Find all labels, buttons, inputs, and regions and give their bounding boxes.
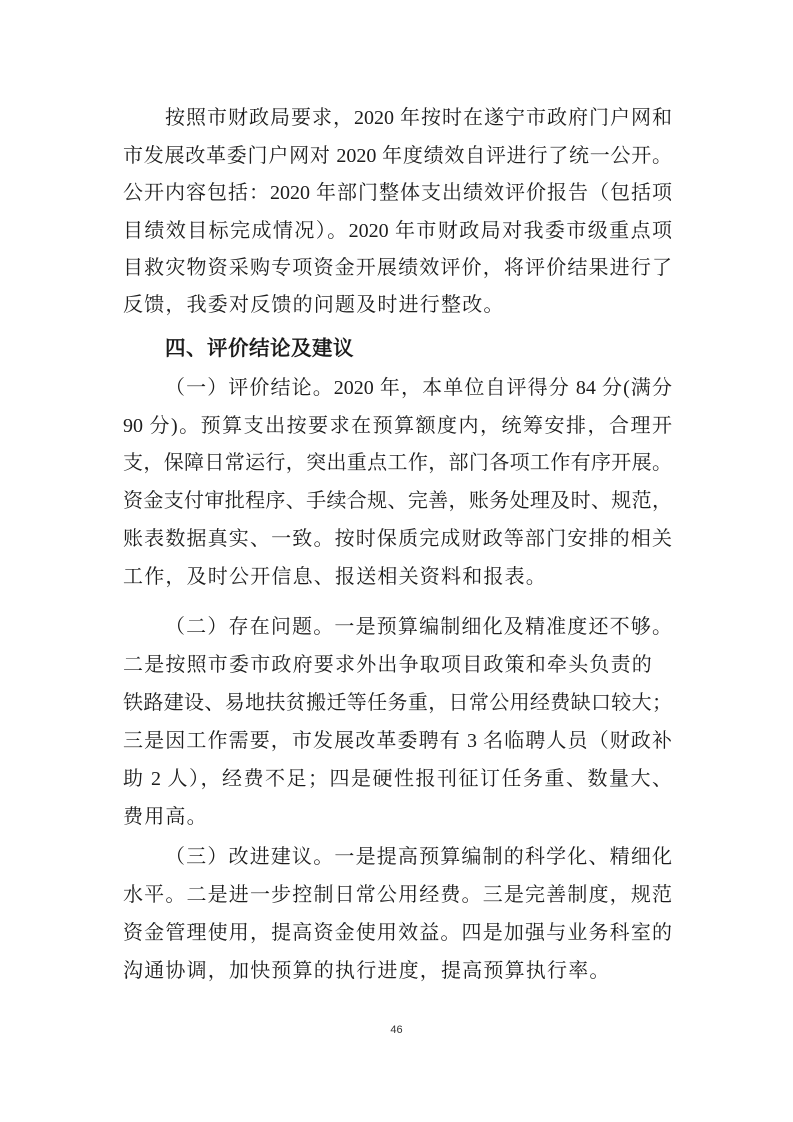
text-line: 目绩效目标完成情况）。2020 年市财政局对我委市级重点项 (123, 212, 672, 250)
text-line: 资金支付审批程序、手续合规、完善，账务处理及时、规范， (123, 482, 672, 520)
text-line: （三）改进建议。一是提高预算编制的科学化、精细化 (165, 838, 672, 876)
text-line: 助 2 人），经费不足；四是硬性报刊征订任务重、数量大、 (123, 760, 672, 798)
page-number: 46 (0, 1024, 793, 1036)
text-line: 三是因工作需要，市发展改革委聘有 3 名临聘人员（财政补 (123, 722, 672, 760)
text-line: 账表数据真实、一致。按时保质完成财政等部门安排的相关 (123, 520, 672, 558)
text-line: 支，保障日常运行，突出重点工作，部门各项工作有序开展。 (123, 444, 672, 482)
text-line: 90 分)。预算支出按要求在预算额度内，统筹安排，合理开 (123, 407, 672, 445)
text-line: 铁路建设、易地扶贫搬迁等任务重，日常公用经费缺口较大； (123, 684, 672, 722)
text-line: （二）存在问题。一是预算编制细化及精准度还不够。 (165, 608, 672, 646)
text-line: （一）评价结论。2020 年，本单位自评得分 84 分(满分 (165, 369, 672, 407)
document-page: 按照市财政局要求，2020 年按时在遂宁市政府门户网和 市发展改革委门户网对 2… (0, 0, 793, 1122)
text-line: 公开内容包括：2020 年部门整体支出绩效评价报告（包括项 (123, 174, 672, 212)
text-line: 资金管理使用，提高资金使用效益。四是加强与业务科室的 (123, 914, 672, 952)
text-line: 水平。二是进一步控制日常公用经费。三是完善制度，规范 (123, 876, 672, 914)
text-line: 费用高。 (123, 798, 672, 836)
text-line: 反馈，我委对反馈的问题及时进行整改。 (123, 286, 672, 324)
text-line: 工作，及时公开信息、报送相关资料和报表。 (123, 558, 672, 596)
text-line: 沟通协调，加快预算的执行进度，提高预算执行率。 (123, 952, 672, 990)
text-line: 二是按照市委市政府要求外出争取项目政策和牵头负责的 (123, 646, 672, 684)
text-line: 按照市财政局要求，2020 年按时在遂宁市政府门户网和 (165, 99, 672, 137)
text-line: 目救灾物资采购专项资金开展绩效评价，将评价结果进行了 (123, 249, 672, 287)
section-heading: 四、评价结论及建议 (165, 329, 354, 367)
text-line: 市发展改革委门户网对 2020 年度绩效自评进行了统一公开。 (123, 137, 672, 175)
